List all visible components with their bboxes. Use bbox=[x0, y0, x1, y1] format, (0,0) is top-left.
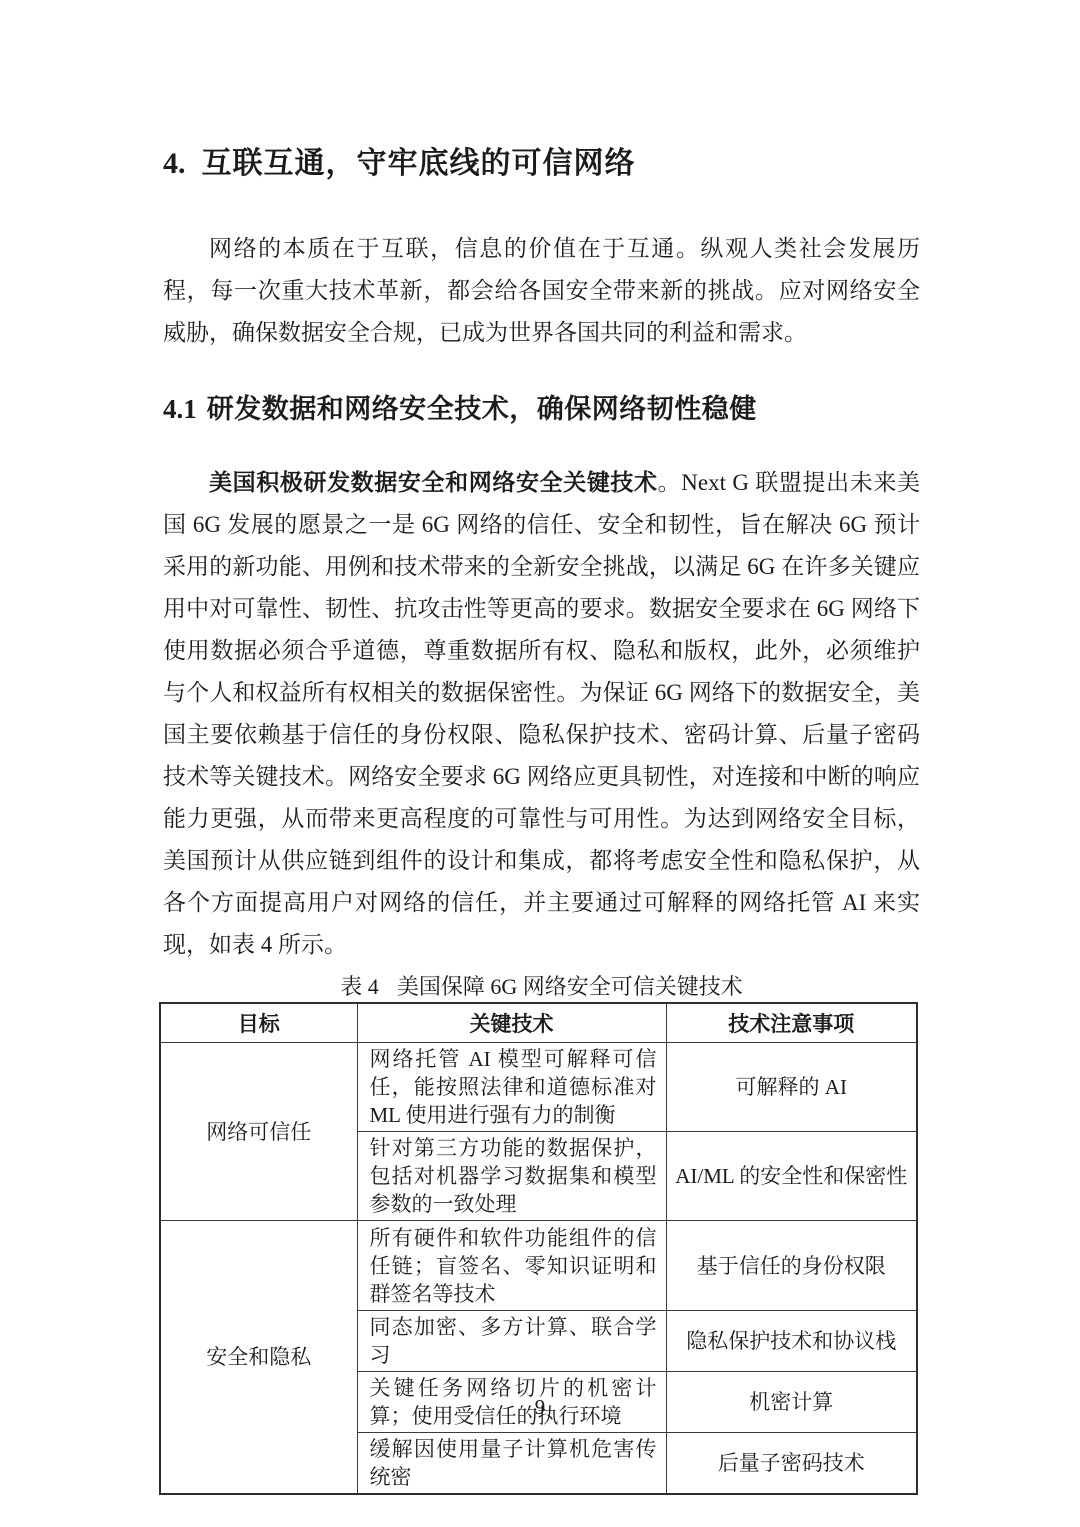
subsection-number: 4.1 bbox=[163, 394, 197, 424]
header-goal: 目标 bbox=[160, 1003, 357, 1043]
table-caption: 表 4美国保障 6G 网络安全可信关键技术 bbox=[163, 972, 920, 1002]
tech-cell: 所有硬件和软件功能组件的信任链；盲签名、零知识证明和群签名等技术 bbox=[357, 1221, 666, 1311]
key-technologies-table: 目标 关键技术 技术注意事项 网络可信任 网络托管 AI 模型可解释可信任，能按… bbox=[159, 1002, 918, 1495]
header-tech-notes: 技术注意事项 bbox=[666, 1003, 917, 1043]
note-cell: 基于信任的身份权限 bbox=[666, 1221, 917, 1311]
tech-cell: 针对第三方功能的数据保护，包括对机器学习数据集和模型参数的一致处理 bbox=[357, 1132, 666, 1221]
table-row: 网络可信任 网络托管 AI 模型可解释可信任，能按照法律和道德标准对 ML 使用… bbox=[160, 1043, 917, 1132]
subsection-title: 研发数据和网络安全技术，确保网络韧性稳健 bbox=[207, 394, 757, 424]
tech-cell: 缓解因使用量子计算机危害传统密 bbox=[357, 1433, 666, 1495]
note-cell: AI/ML 的安全性和保密性 bbox=[666, 1132, 917, 1221]
table-caption-label: 表 4 bbox=[340, 974, 379, 999]
paragraph-intro: 网络的本质在于互联，信息的价值在于互通。纵观人类社会发展历程，每一次重大技术革新… bbox=[163, 228, 920, 354]
subsection-heading: 4.1研发数据和网络安全技术，确保网络韧性稳健 bbox=[163, 392, 920, 426]
document-page: 4.互联互通，守牢底线的可信网络 网络的本质在于互联，信息的价值在于互通。纵观人… bbox=[0, 0, 1080, 1527]
note-cell: 后量子密码技术 bbox=[666, 1433, 917, 1495]
table-row: 安全和隐私 所有硬件和软件功能组件的信任链；盲签名、零知识证明和群签名等技术 基… bbox=[160, 1221, 917, 1311]
note-cell: 可解释的 AI bbox=[666, 1043, 917, 1132]
section-number: 4. bbox=[163, 147, 186, 180]
section-title: 互联互通，守牢底线的可信网络 bbox=[202, 147, 636, 180]
paragraph-body: 美国积极研发数据安全和网络安全关键技术。Next G 联盟提出未来美国 6G 发… bbox=[163, 462, 920, 966]
page-content: 4.互联互通，守牢底线的可信网络 网络的本质在于互联，信息的价值在于互通。纵观人… bbox=[0, 0, 1080, 1495]
table-caption-text: 美国保障 6G 网络安全可信关键技术 bbox=[397, 974, 743, 999]
header-key-technology: 关键技术 bbox=[357, 1003, 666, 1043]
page-number: 9 bbox=[0, 1394, 1080, 1420]
note-cell: 隐私保护技术和协议栈 bbox=[666, 1311, 917, 1372]
goal-cell-network-trust: 网络可信任 bbox=[160, 1043, 357, 1221]
goal-cell-security-privacy: 安全和隐私 bbox=[160, 1221, 357, 1495]
tech-cell: 网络托管 AI 模型可解释可信任，能按照法律和道德标准对 ML 使用进行强有力的… bbox=[357, 1043, 666, 1132]
section-heading: 4.互联互通，守牢底线的可信网络 bbox=[163, 146, 920, 182]
tech-cell: 同态加密、多方计算、联合学习 bbox=[357, 1311, 666, 1372]
table-header-row: 目标 关键技术 技术注意事项 bbox=[160, 1003, 917, 1043]
paragraph-bold-lead: 美国积极研发数据安全和网络安全关键技术 bbox=[209, 470, 658, 495]
paragraph-rest: 。Next G 联盟提出未来美国 6G 发展的愿景之一是 6G 网络的信任、安全… bbox=[163, 470, 920, 957]
